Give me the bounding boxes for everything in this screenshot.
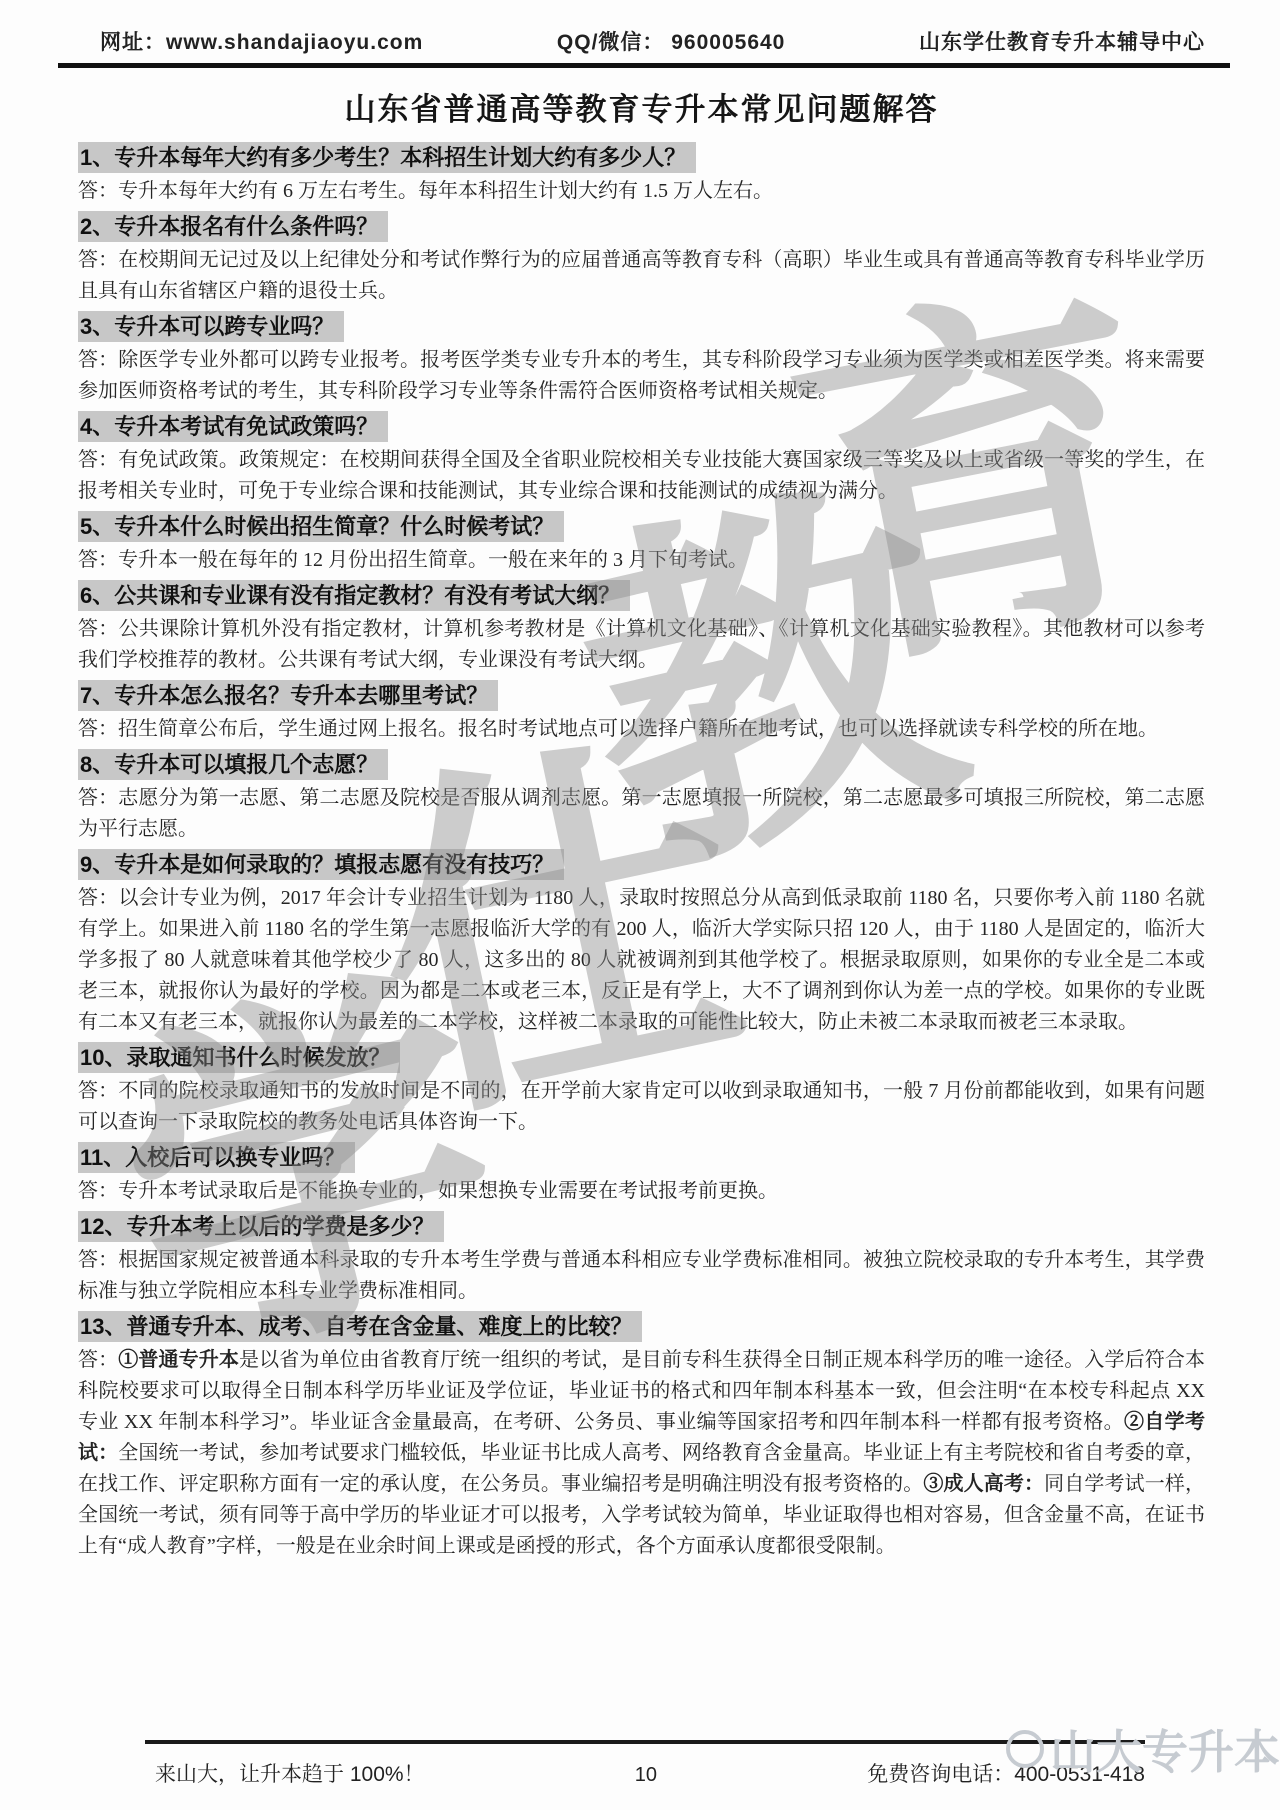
faq-item: 7、专升本怎么报名？专升本去哪里考试？ 答：招生简章公布后，学生通过网上报名。报… (78, 681, 1205, 745)
faq-question: 13、普通专升本、成考、自考在含金量、难度上的比较？ (78, 1312, 1205, 1342)
header-center-name: 山东学仕教育专升本辅导中心 (919, 26, 1205, 56)
document-page: 网址：www.shandajiaoyu.com QQ/微信： 960005640… (0, 0, 1280, 1810)
faq-answer: 答：有免试政策。政策规定：在校期间获得全国及全省职业院校相关专业技能大赛国家级三… (78, 445, 1205, 507)
footer-divider (145, 1740, 1145, 1744)
faq-question-text: 5、专升本什么时候出招生简章？什么时候考试？ (78, 511, 564, 542)
faq-question: 9、专升本是如何录取的？填报志愿有没有技巧？ (78, 850, 1205, 880)
faq-answer: 答：以会计专业为例，2017 年会计专业招生计划为 1180 人，录取时按照总分… (78, 883, 1205, 1038)
faq-question-text: 6、公共课和专业课有没有指定教材？有没有考试大纲？ (78, 580, 630, 611)
header-divider (58, 63, 1230, 68)
faq-question: 1、专升本每年大约有多少考生？本科招生计划大约有多少人？ (78, 143, 1205, 173)
header-website: 网址：www.shandajiaoyu.com (100, 26, 423, 56)
faq-item: 10、录取通知书什么时候发放？ 答：不同的院校录取通知书的发放时间是不同的，在开… (78, 1043, 1205, 1138)
faq-item: 3、专升本可以跨专业吗？ 答：除医学专业外都可以跨专业报考。报考医学类专业专升本… (78, 312, 1205, 407)
faq-question: 4、专升本考试有免试政策吗？ (78, 412, 1205, 442)
faq-answer: 答：在校期间无记过及以上纪律处分和考试作弊行为的应届普通高等教育专科（高职）毕业… (78, 245, 1205, 307)
faq-answer: 答：志愿分为第一志愿、第二志愿及院校是否服从调剂志愿。第一志愿填报一所院校，第二… (78, 783, 1205, 845)
faq-question: 10、录取通知书什么时候发放？ (78, 1043, 1205, 1073)
faq-item: 2、专升本报名有什么条件吗？ 答：在校期间无记过及以上纪律处分和考试作弊行为的应… (78, 212, 1205, 307)
faq-item: 11、入校后可以换专业吗？ 答：专升本考试录取后是不能换专业的，如果想换专业需要… (78, 1143, 1205, 1207)
faq-item: 13、普通专升本、成考、自考在含金量、难度上的比较？ 答：①普通专升本是以省为单… (78, 1312, 1205, 1562)
footer-phone: 免费咨询电话：400-0531-418 (867, 1758, 1145, 1788)
faq-question-text: 2、专升本报名有什么条件吗？ (78, 211, 388, 242)
faq-question: 6、公共课和专业课有没有指定教材？有没有考试大纲？ (78, 581, 1205, 611)
faq-question-text: 8、专升本可以填报几个志愿？ (78, 749, 388, 780)
faq-question: 7、专升本怎么报名？专升本去哪里考试？ (78, 681, 1205, 711)
footer-page-number: 10 (635, 1764, 657, 1787)
header-qq-wechat: QQ/微信： 960005640 (557, 26, 785, 56)
faq-question: 11、入校后可以换专业吗？ (78, 1143, 1205, 1173)
document-header: 网址：www.shandajiaoyu.com QQ/微信： 960005640… (60, 26, 1225, 56)
faq-question: 3、专升本可以跨专业吗？ (78, 312, 1205, 342)
faq-answer: 答：根据国家规定被普通本科录取的专升本考生学费与普通本科相应专业学费标准相同。被… (78, 1245, 1205, 1307)
faq-question-text: 13、普通专升本、成考、自考在含金量、难度上的比较？ (78, 1311, 642, 1342)
faq-answer: 答：①普通专升本是以省为单位由省教育厅统一组织的考试，是目前专科生获得全日制正规… (78, 1345, 1205, 1562)
faq-question-text: 9、专升本是如何录取的？填报志愿有没有技巧？ (78, 849, 564, 880)
faq-question-text: 12、专升本考上以后的学费是多少？ (78, 1211, 444, 1242)
faq-answer: 答：除医学专业外都可以跨专业报考。报考医学类专业专升本的考生，其专科阶段学习专业… (78, 345, 1205, 407)
faq-answer: 答：专升本一般在每年的 12 月份出招生简章。一般在来年的 3 月下旬考试。 (78, 545, 1205, 576)
faq-item: 9、专升本是如何录取的？填报志愿有没有技巧？ 答：以会计专业为例，2017 年会… (78, 850, 1205, 1038)
faq-question: 12、专升本考上以后的学费是多少？ (78, 1212, 1205, 1242)
faq-list: 1、专升本每年大约有多少考生？本科招生计划大约有多少人？ 答：专升本每年大约有 … (78, 143, 1205, 1562)
page-title: 山东省普通高等教育专升本常见问题解答 (78, 84, 1205, 129)
faq-question-text: 7、专升本怎么报名？专升本去哪里考试？ (78, 680, 498, 711)
document-content: 山东省普通高等教育专升本常见问题解答 1、专升本每年大约有多少考生？本科招生计划… (78, 84, 1205, 1565)
footer-slogan: 来山大，让升本趋于 100%！ (155, 1758, 425, 1788)
faq-question-text: 11、入校后可以换专业吗？ (78, 1142, 355, 1173)
faq-question-text: 10、录取通知书什么时候发放？ (78, 1042, 400, 1073)
faq-question: 5、专升本什么时候出招生简章？什么时候考试？ (78, 512, 1205, 542)
faq-item: 5、专升本什么时候出招生简章？什么时候考试？ 答：专升本一般在每年的 12 月份… (78, 512, 1205, 576)
faq-question: 2、专升本报名有什么条件吗？ (78, 212, 1205, 242)
document-footer: 来山大，让升本趋于 100%！ 10 免费咨询电话：400-0531-418 (155, 1758, 1145, 1788)
faq-item: 8、专升本可以填报几个志愿？ 答：志愿分为第一志愿、第二志愿及院校是否服从调剂志… (78, 750, 1205, 845)
faq-question: 8、专升本可以填报几个志愿？ (78, 750, 1205, 780)
faq-item: 12、专升本考上以后的学费是多少？ 答：根据国家规定被普通本科录取的专升本考生学… (78, 1212, 1205, 1307)
faq-item: 4、专升本考试有免试政策吗？ 答：有免试政策。政策规定：在校期间获得全国及全省职… (78, 412, 1205, 507)
faq-question-text: 1、专升本每年大约有多少考生？本科招生计划大约有多少人？ (78, 142, 696, 173)
faq-answer: 答：公共课除计算机外没有指定教材，计算机参考教材是《计算机文化基础》、《计算机文… (78, 614, 1205, 676)
faq-question-text: 3、专升本可以跨专业吗？ (78, 311, 344, 342)
faq-answer: 答：不同的院校录取通知书的发放时间是不同的，在开学前大家肯定可以收到录取通知书，… (78, 1076, 1205, 1138)
faq-item: 6、公共课和专业课有没有指定教材？有没有考试大纲？ 答：公共课除计算机外没有指定… (78, 581, 1205, 676)
faq-answer: 答：招生简章公布后，学生通过网上报名。报名时考试地点可以选择户籍所在地考试，也可… (78, 714, 1205, 745)
faq-item: 1、专升本每年大约有多少考生？本科招生计划大约有多少人？ 答：专升本每年大约有 … (78, 143, 1205, 207)
faq-answer: 答：专升本考试录取后是不能换专业的，如果想换专业需要在考试报考前更换。 (78, 1176, 1205, 1207)
faq-answer: 答：专升本每年大约有 6 万左右考生。每年本科招生计划大约有 1.5 万人左右。 (78, 176, 1205, 207)
faq-question-text: 4、专升本考试有免试政策吗？ (78, 411, 388, 442)
